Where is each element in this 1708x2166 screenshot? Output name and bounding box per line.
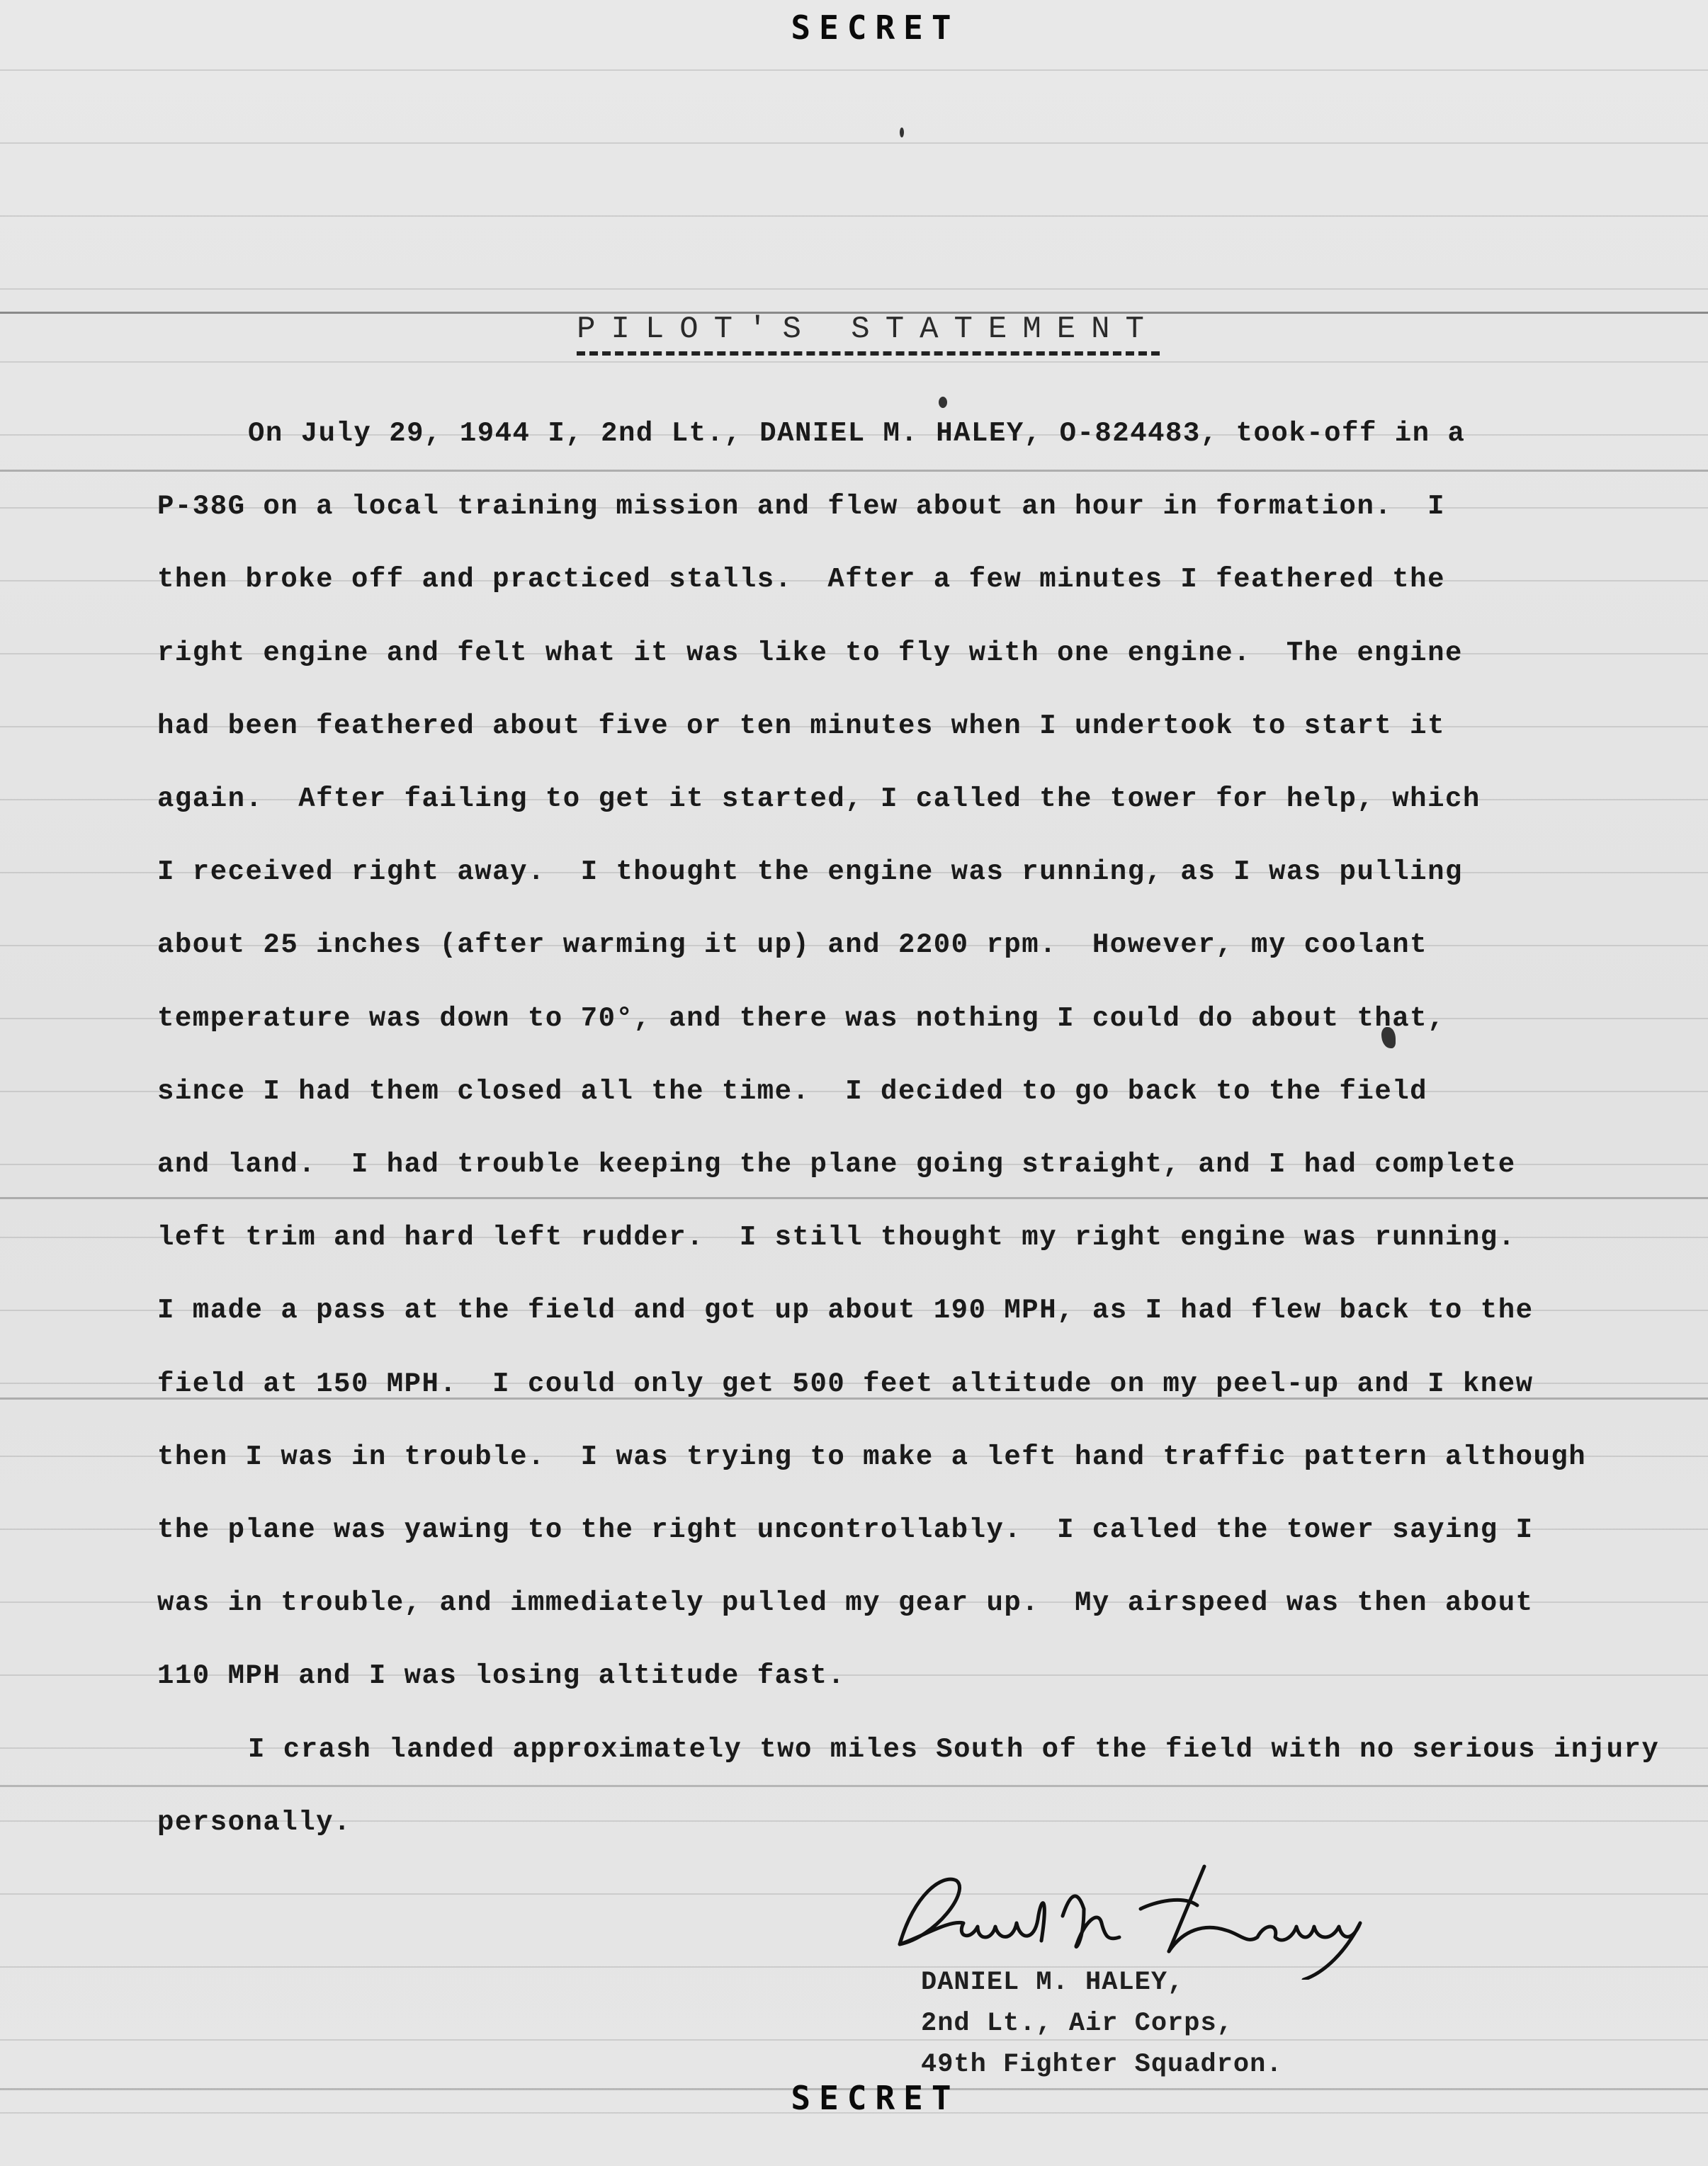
statement-line: and land. I had trouble keeping the plan… — [157, 1149, 1516, 1180]
statement-line: then broke off and practiced stalls. Aft… — [157, 564, 1445, 595]
statement-line: was in trouble, and immediately pulled m… — [157, 1587, 1534, 1618]
statement-line: personally. — [157, 1807, 351, 1838]
document-title-text: PILOT'S STATEMENT — [577, 312, 1160, 356]
ink-speck — [939, 397, 947, 408]
statement-line: about 25 inches (after warming it up) an… — [157, 929, 1427, 960]
classification-marking-top: SECRET — [0, 8, 1708, 47]
statement-line: I crash landed approximately two miles S… — [248, 1734, 1659, 1765]
ink-speck — [900, 127, 904, 137]
signature-block: DANIEL M. HALEY, 2nd Lt., Air Corps, 49t… — [921, 1962, 1282, 2085]
statement-line: since I had them closed all the time. I … — [157, 1076, 1427, 1107]
document-title: PILOT'S STATEMENT — [0, 312, 1708, 347]
ruled-line — [0, 1197, 1708, 1199]
statement-line: I made a pass at the field and got up ab… — [157, 1295, 1534, 1326]
statement-line: had been feathered about five or ten min… — [157, 710, 1445, 742]
statement-line: I received right away. I thought the eng… — [157, 856, 1463, 888]
statement-line: temperature was down to 70°, and there w… — [157, 1003, 1445, 1034]
statement-line: the plane was yawing to the right uncont… — [157, 1514, 1534, 1546]
statement-line: then I was in trouble. I was trying to m… — [157, 1441, 1586, 1473]
statement-line: left trim and hard left rudder. I still … — [157, 1222, 1516, 1253]
signatory-rank: 2nd Lt., Air Corps, — [921, 2003, 1282, 2044]
statement-line: P-38G on a local training mission and fl… — [157, 491, 1445, 522]
statement-line: again. After failing to get it started, … — [157, 783, 1481, 815]
handwritten-signature: Daniel M. Haley — [871, 1852, 1410, 1980]
signatory-name: DANIEL M. HALEY, — [921, 1962, 1282, 2003]
statement-line: field at 150 MPH. I could only get 500 f… — [157, 1368, 1534, 1400]
statement-line: On July 29, 1944 I, 2nd Lt., DANIEL M. H… — [248, 418, 1465, 449]
statement-line: right engine and felt what it was like t… — [157, 637, 1463, 669]
ruled-line — [0, 1785, 1708, 1787]
classification-marking-bottom: SECRET — [0, 2079, 1708, 2117]
statement-line: 110 MPH and I was losing altitude fast. — [157, 1660, 845, 1691]
ruled-line — [0, 470, 1708, 472]
